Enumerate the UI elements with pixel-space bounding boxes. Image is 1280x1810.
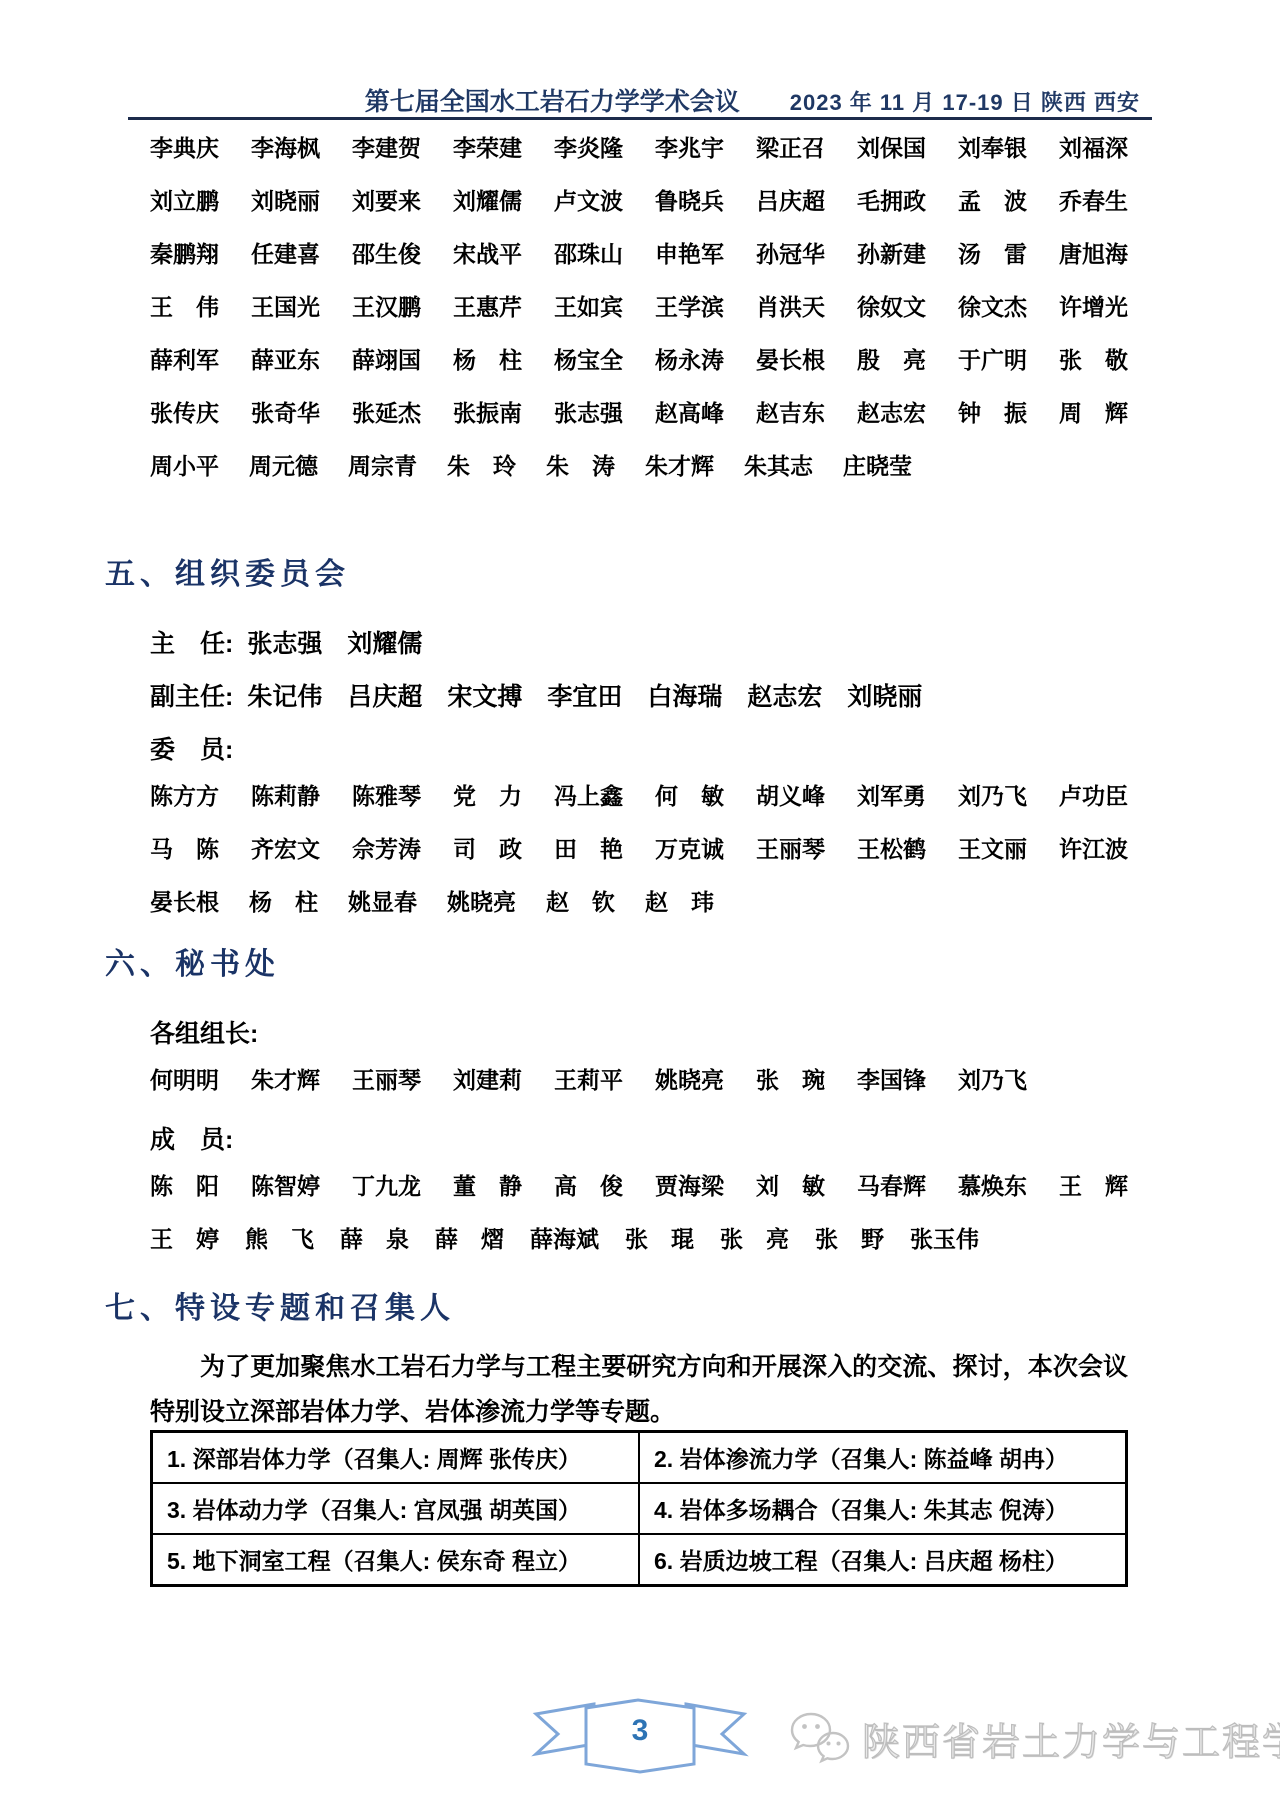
person-name: 王丽琴 xyxy=(352,1062,421,1095)
group-leaders-label: 各组组长: xyxy=(150,1014,258,1050)
person-name: 刘要来 xyxy=(352,183,421,216)
person-name: 周 辉 xyxy=(1059,395,1128,428)
person-name: 张 琨 xyxy=(625,1221,694,1254)
section-heading-organizing-committee: 五、组织委员会 xyxy=(105,549,350,593)
person-name: 陈智婷 xyxy=(251,1168,320,1201)
committee-members-label-line: 委 员: xyxy=(150,730,1128,766)
person-name: 杨 柱 xyxy=(249,884,318,917)
person-name: 肖洪天 xyxy=(756,289,825,322)
person-name: 熊 飞 xyxy=(245,1221,314,1254)
person-name: 唐旭海 xyxy=(1059,236,1128,269)
person-name: 王 婷 xyxy=(150,1221,219,1254)
conference-title: 第七届全国水工岩石力学学术会议 xyxy=(365,82,740,118)
person-name: 任建喜 xyxy=(251,236,320,269)
committee-member-row: 陈方方陈莉静陈雅琴党 力冯上鑫何 敏胡义峰刘军勇刘乃飞卢功臣 xyxy=(150,768,1128,821)
topic-cell: 3. 岩体动力学（召集人: 宫凤强 胡英国） xyxy=(152,1483,640,1534)
person-name: 王学滨 xyxy=(655,289,724,322)
person-name: 宋战平 xyxy=(453,236,522,269)
person-name: 毛拥政 xyxy=(857,183,926,216)
person-name: 汤 雷 xyxy=(958,236,1027,269)
person-name: 刘保国 xyxy=(857,130,926,163)
person-name: 薛 熠 xyxy=(435,1221,504,1254)
person-name: 李建贺 xyxy=(352,130,421,163)
person-name: 徐文杰 xyxy=(958,289,1027,322)
person-name: 胡义峰 xyxy=(756,778,825,811)
secretariat-members-label-line: 成 员: xyxy=(150,1120,1128,1156)
person-name: 王莉平 xyxy=(554,1062,623,1095)
person-name: 薛利军 xyxy=(150,342,219,375)
committee-member-row: 马 陈齐宏文佘芳涛司 政田 艳万克诚王丽琴王松鹤王文丽许江波 xyxy=(150,821,1128,874)
person-name: 许江波 xyxy=(1059,831,1128,864)
person-name: 司 政 xyxy=(453,831,522,864)
vice-chair-label: 副主任: xyxy=(150,677,233,713)
person-name: 鲁晓兵 xyxy=(655,183,724,216)
topics-table: 1. 深部岩体力学（召集人: 周辉 张传庆） 2. 岩体渗流力学（召集人: 陈益… xyxy=(150,1430,1128,1587)
person-name: 董 静 xyxy=(453,1168,522,1201)
person-name: 刘 敏 xyxy=(756,1168,825,1201)
footer-watermark: 陕西省岩土力学与工程学会 xyxy=(788,1708,1280,1768)
person-name: 张志强 xyxy=(554,395,623,428)
topics-paragraph: 为了更加聚焦水工岩石力学与工程主要研究方向和开展深入的交流、探讨，本次会议特别设… xyxy=(150,1345,1128,1435)
person-name: 李兆宇 xyxy=(655,130,724,163)
committee-member-row: 晏长根杨 柱姚显春姚晓亮赵 钦赵 玮 xyxy=(150,874,1128,927)
person-name: 何明明 xyxy=(150,1062,219,1095)
person-name: 王惠芹 xyxy=(453,289,522,322)
group-leaders-list: 何明明朱才辉王丽琴刘建莉王莉平姚晓亮张 琬李国锋刘乃飞 xyxy=(150,1052,1128,1105)
person-name: 刘奉银 xyxy=(958,130,1027,163)
person-name: 李炎隆 xyxy=(554,130,623,163)
person-name: 杨永涛 xyxy=(655,342,724,375)
person-name: 殷 亮 xyxy=(857,342,926,375)
person-name: 薛 泉 xyxy=(340,1221,409,1254)
person-name: 刘晓丽 xyxy=(251,183,320,216)
person-name: 何 敏 xyxy=(655,778,724,811)
person-name: 张延杰 xyxy=(352,395,421,428)
person-name: 党 力 xyxy=(453,778,522,811)
person-name: 周元德 xyxy=(249,448,318,481)
person-name: 王 伟 xyxy=(150,289,219,322)
person-name: 孙冠华 xyxy=(756,236,825,269)
person-name: 王汉鹏 xyxy=(352,289,421,322)
person-name: 贾海梁 xyxy=(655,1168,724,1201)
person-name: 杨 柱 xyxy=(453,342,522,375)
person-name: 田 艳 xyxy=(554,831,623,864)
conference-date: 2023 年 11 月 17-19 日 陕西 西安 xyxy=(790,86,1140,117)
person-name: 晏长根 xyxy=(150,884,219,917)
person-name: 赵 钦 xyxy=(546,884,615,917)
person-name: 姚晓亮 xyxy=(655,1062,724,1095)
section-heading-special-topics: 七、特设专题和召集人 xyxy=(105,1283,455,1327)
person-name: 李国锋 xyxy=(857,1062,926,1095)
topic-cell: 5. 地下洞室工程（召集人: 侯东奇 程立） xyxy=(152,1534,640,1586)
topic-cell: 1. 深部岩体力学（召集人: 周辉 张传庆） xyxy=(152,1432,640,1484)
participants-list: 李典庆李海枫李建贺李荣建李炎隆李兆宇梁正召刘保国刘奉银刘福深 刘立鹏刘晓丽刘要来… xyxy=(150,120,1128,491)
secretariat-members-list: 陈 阳陈智婷丁九龙董 静高 俊贾海梁刘 敏马春辉慕焕东王 辉 王 婷熊 飞薛 泉… xyxy=(150,1158,1128,1264)
person-name: 卢功臣 xyxy=(1059,778,1128,811)
page-number-ribbon: 3 xyxy=(528,1692,752,1776)
person-name: 晏长根 xyxy=(756,342,825,375)
person-name: 朱 玲 xyxy=(447,448,516,481)
person-name: 张奇华 xyxy=(251,395,320,428)
person-name: 刘军勇 xyxy=(857,778,926,811)
table-row: 5. 地下洞室工程（召集人: 侯东奇 程立） 6. 岩质边坡工程（召集人: 吕庆… xyxy=(152,1534,1127,1586)
wechat-icon xyxy=(788,1708,852,1768)
person-name: 张 亮 xyxy=(720,1221,789,1254)
committee-chair-line: 主 任: 张志强 刘耀儒 xyxy=(150,624,1128,660)
participant-row: 薛利军薛亚东薛翊国杨 柱杨宝全杨永涛晏长根殷 亮于广明张 敬 xyxy=(150,332,1128,385)
person-name: 陈方方 xyxy=(150,778,219,811)
document-page: 第七届全国水工岩石力学学术会议 2023 年 11 月 17-19 日 陕西 西… xyxy=(0,0,1280,1810)
person-name: 冯上鑫 xyxy=(554,778,623,811)
person-name: 乔春生 xyxy=(1059,183,1128,216)
secretariat-member-row: 陈 阳陈智婷丁九龙董 静高 俊贾海梁刘 敏马春辉慕焕东王 辉 xyxy=(150,1158,1128,1211)
participant-row: 刘立鹏刘晓丽刘要来刘耀儒卢文波鲁晓兵吕庆超毛拥政孟 波乔春生 xyxy=(150,173,1128,226)
person-name: 周宗青 xyxy=(348,448,417,481)
committee-members-list: 陈方方陈莉静陈雅琴党 力冯上鑫何 敏胡义峰刘军勇刘乃飞卢功臣 马 陈齐宏文佘芳涛… xyxy=(150,768,1128,927)
person-name: 张 敬 xyxy=(1059,342,1128,375)
person-name: 薛亚东 xyxy=(251,342,320,375)
person-name: 丁九龙 xyxy=(352,1168,421,1201)
person-name: 刘乃飞 xyxy=(958,1062,1027,1095)
person-name: 赵志宏 xyxy=(857,395,926,428)
members-label: 委 员: xyxy=(150,730,233,766)
person-name: 马 陈 xyxy=(150,831,219,864)
person-name: 邵生俊 xyxy=(352,236,421,269)
person-name: 佘芳涛 xyxy=(352,831,421,864)
chair-names: 张志强 刘耀儒 xyxy=(247,624,422,660)
person-name: 薛海斌 xyxy=(530,1221,599,1254)
topic-cell: 6. 岩质边坡工程（召集人: 吕庆超 杨柱） xyxy=(639,1534,1127,1586)
person-name: 张 野 xyxy=(815,1221,884,1254)
committee-vice-chair-line: 副主任: 朱记伟 吕庆超 宋文搏 李宜田 白海瑞 赵志宏 刘晓丽 xyxy=(150,677,1128,713)
person-name: 赵 玮 xyxy=(645,884,714,917)
person-name: 陈 阳 xyxy=(150,1168,219,1201)
secretariat-member-row: 王 婷熊 飞薛 泉薛 熠薛海斌张 琨张 亮张 野张玉伟 xyxy=(150,1211,1128,1264)
person-name: 张 琬 xyxy=(756,1062,825,1095)
person-name: 赵吉东 xyxy=(756,395,825,428)
person-name: 周小平 xyxy=(150,448,219,481)
person-name: 朱才辉 xyxy=(645,448,714,481)
topic-cell: 4. 岩体多场耦合（召集人: 朱其志 倪涛） xyxy=(639,1483,1127,1534)
person-name: 朱才辉 xyxy=(251,1062,320,1095)
person-name: 马春辉 xyxy=(857,1168,926,1201)
table-row: 1. 深部岩体力学（召集人: 周辉 张传庆） 2. 岩体渗流力学（召集人: 陈益… xyxy=(152,1432,1127,1484)
page-header: 第七届全国水工岩石力学学术会议 2023 年 11 月 17-19 日 陕西 西… xyxy=(140,82,1140,118)
person-name: 王 辉 xyxy=(1059,1168,1128,1201)
person-name: 姚显春 xyxy=(348,884,417,917)
person-name: 刘福深 xyxy=(1059,130,1128,163)
person-name: 刘乃飞 xyxy=(958,778,1027,811)
participant-row: 李典庆李海枫李建贺李荣建李炎隆李兆宇梁正召刘保国刘奉银刘福深 xyxy=(150,120,1128,173)
person-name: 赵高峰 xyxy=(655,395,724,428)
group-leaders-label-line: 各组组长: xyxy=(150,1014,1128,1050)
participant-row: 秦鹏翔任建喜邵生俊宋战平邵珠山申艳军孙冠华孙新建汤 雷唐旭海 xyxy=(150,226,1128,279)
person-name: 钟 振 xyxy=(958,395,1027,428)
person-name: 王文丽 xyxy=(958,831,1027,864)
person-name: 朱其志 xyxy=(744,448,813,481)
person-name: 万克诚 xyxy=(655,831,724,864)
person-name: 于广明 xyxy=(958,342,1027,375)
watermark-text: 陕西省岩土力学与工程学会 xyxy=(862,1711,1280,1766)
person-name: 秦鹏翔 xyxy=(150,236,219,269)
table-row: 3. 岩体动力学（召集人: 宫凤强 胡英国） 4. 岩体多场耦合（召集人: 朱其… xyxy=(152,1483,1127,1534)
person-name: 陈雅琴 xyxy=(352,778,421,811)
person-name: 刘耀儒 xyxy=(453,183,522,216)
chair-label: 主 任: xyxy=(150,624,233,660)
person-name: 申艳军 xyxy=(655,236,724,269)
person-name: 薛翊国 xyxy=(352,342,421,375)
person-name: 王松鹤 xyxy=(857,831,926,864)
person-name: 杨宝全 xyxy=(554,342,623,375)
person-name: 张玉伟 xyxy=(910,1221,979,1254)
person-name: 吕庆超 xyxy=(756,183,825,216)
person-name: 张振南 xyxy=(453,395,522,428)
person-name: 徐奴文 xyxy=(857,289,926,322)
person-name: 姚晓亮 xyxy=(447,884,516,917)
person-name: 高 俊 xyxy=(554,1168,623,1201)
person-name: 齐宏文 xyxy=(251,831,320,864)
person-name: 慕焕东 xyxy=(958,1168,1027,1201)
topic-cell: 2. 岩体渗流力学（召集人: 陈益峰 胡冉） xyxy=(639,1432,1127,1484)
person-name: 张传庆 xyxy=(150,395,219,428)
person-name: 李典庆 xyxy=(150,130,219,163)
person-name: 刘立鹏 xyxy=(150,183,219,216)
page-number: 3 xyxy=(528,1714,752,1748)
person-name: 许增光 xyxy=(1059,289,1128,322)
person-name: 孟 波 xyxy=(958,183,1027,216)
person-name: 卢文波 xyxy=(554,183,623,216)
person-name: 王丽琴 xyxy=(756,831,825,864)
person-name: 刘建莉 xyxy=(453,1062,522,1095)
person-name: 王如宾 xyxy=(554,289,623,322)
person-name: 李荣建 xyxy=(453,130,522,163)
secretariat-members-label: 成 员: xyxy=(150,1120,233,1156)
section-heading-secretariat: 六、秘书处 xyxy=(105,939,280,983)
participant-row: 周小平周元德周宗青朱 玲朱 涛朱才辉朱其志庄晓莹 xyxy=(150,438,1128,491)
vice-chair-names: 朱记伟 吕庆超 宋文搏 李宜田 白海瑞 赵志宏 刘晓丽 xyxy=(247,677,922,713)
person-name: 陈莉静 xyxy=(251,778,320,811)
person-name: 庄晓莹 xyxy=(843,448,912,481)
person-name: 李海枫 xyxy=(251,130,320,163)
person-name: 王国光 xyxy=(251,289,320,322)
participant-row: 王 伟王国光王汉鹏王惠芹王如宾王学滨肖洪天徐奴文徐文杰许增光 xyxy=(150,279,1128,332)
person-name: 朱 涛 xyxy=(546,448,615,481)
group-leaders-row: 何明明朱才辉王丽琴刘建莉王莉平姚晓亮张 琬李国锋刘乃飞 xyxy=(150,1052,1128,1105)
participant-row: 张传庆张奇华张延杰张振南张志强赵高峰赵吉东赵志宏钟 振周 辉 xyxy=(150,385,1128,438)
person-name: 邵珠山 xyxy=(554,236,623,269)
person-name: 孙新建 xyxy=(857,236,926,269)
person-name: 梁正召 xyxy=(756,130,825,163)
